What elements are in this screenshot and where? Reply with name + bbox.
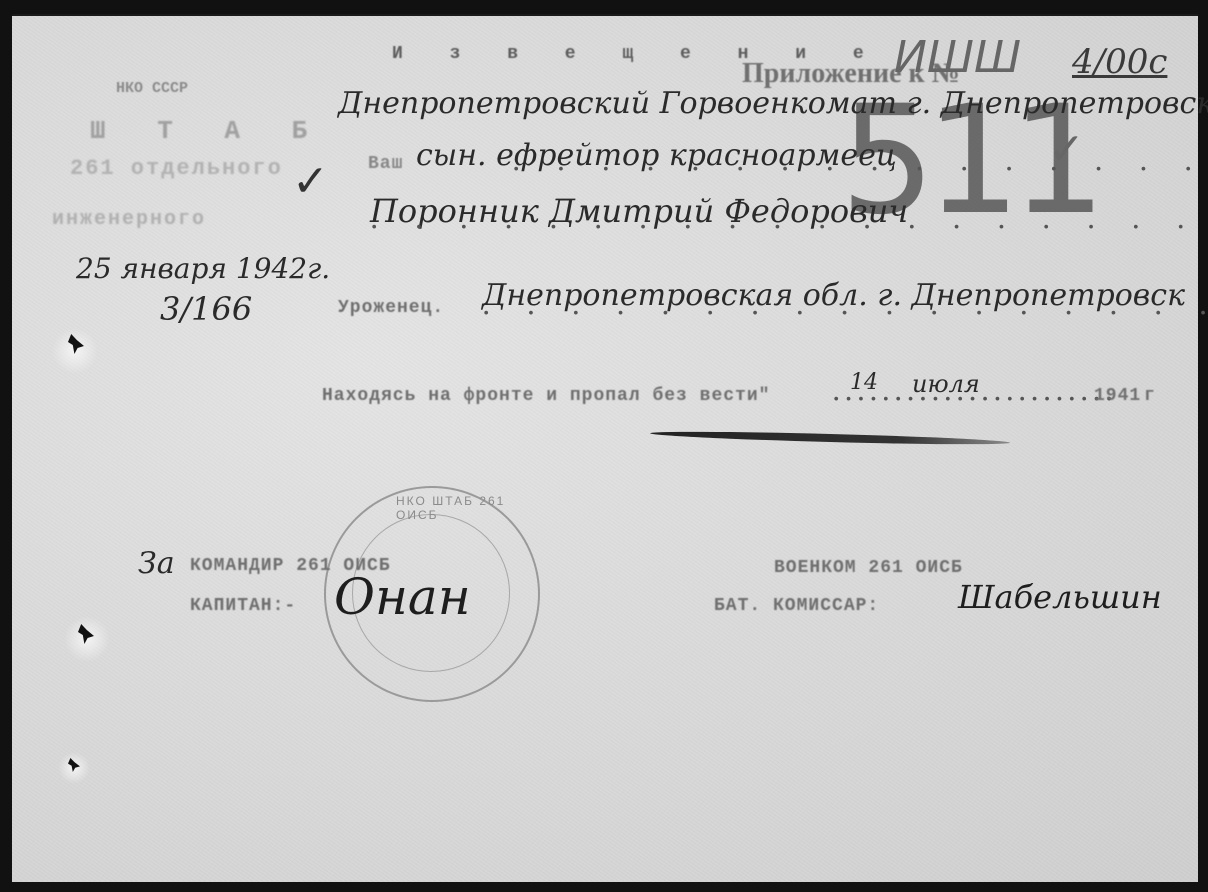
commander-signature: Онан <box>334 568 471 626</box>
commissar-unit-title: ВОЕНКОМ 261 ОИСБ <box>774 558 963 578</box>
stamp-unit-line2: инженерного <box>52 208 206 231</box>
issue-date: 25 января 1942г. <box>76 252 330 285</box>
dotted-line-1: • • • • • • • • • • • • • • • • • • • • … <box>512 162 1208 178</box>
stamp-unit-line: 261 отдельного <box>70 156 283 181</box>
stamp-nko-ussr: НКО СССР <box>116 80 188 97</box>
dotted-line-4: ••••••••••••••••••••••• <box>832 392 1117 408</box>
checkmark-left-icon: ✓ <box>292 156 329 207</box>
status-year: 1941 <box>1094 386 1141 406</box>
round-seal-text: НКО ШТАБ 261 ОИСБ <box>396 494 538 522</box>
status-year-suffix: г <box>1144 386 1156 406</box>
recipient: Днепропетровский Горвоенкомат г. Днепроп… <box>338 86 1208 121</box>
document-paper: НКО СССР Ш Т А Б 261 отдельного инженерн… <box>12 14 1198 882</box>
commissar-title: БАТ. КОМИССАР: <box>714 596 879 616</box>
birthplace-label: Уроженец. <box>338 298 444 318</box>
outgoing-number: 3/166 <box>160 290 252 328</box>
dotted-line-2: • • • • • • • • • • • • • • • • • • • • … <box>370 220 1208 236</box>
captain-title: КАПИТАН:- <box>190 596 296 616</box>
stamp-shtab: Ш Т А Б <box>90 116 325 146</box>
signature-prefix: За <box>138 546 175 581</box>
status-typed: Находясь на фронте и пропал без вести" <box>322 386 770 406</box>
checkmark-right-icon: ✓ <box>1048 124 1085 175</box>
ink-underline <box>650 429 1010 446</box>
commissar-signature: Шабельшин <box>958 578 1162 616</box>
dotted-line-3: • • • • • • • • • • • • • • • • • • • • … <box>482 306 1208 322</box>
line2-prefix: Ваш <box>368 154 403 174</box>
